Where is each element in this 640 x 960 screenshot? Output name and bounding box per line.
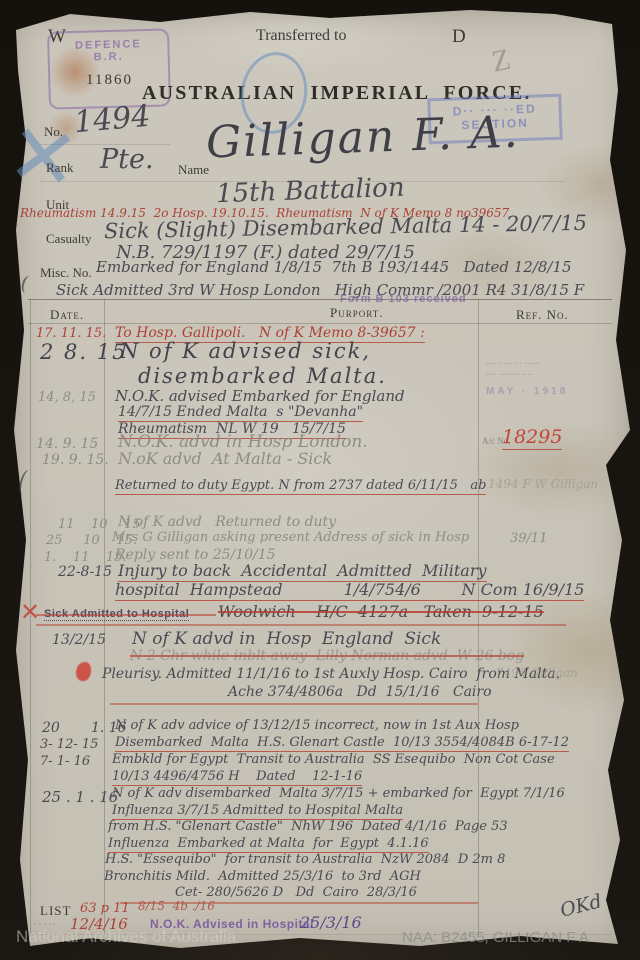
- name-value: Gilligan F. A.: [205, 107, 520, 169]
- list-number: 63 p 11: [80, 901, 130, 916]
- registry-number: 11860: [86, 72, 133, 89]
- list-extra: 8/15 4b ./16: [138, 899, 215, 913]
- row-text: N of K adv disembarked Malta 3/7/15 + em…: [112, 786, 565, 801]
- b103-received-stamp: Form B 103 received: [340, 293, 467, 305]
- nok-date: 25/3/16: [300, 913, 362, 932]
- col-header-date: Date.: [50, 307, 84, 323]
- extra-entry: Sick Admitted 3rd W Hosp London High Com…: [56, 281, 584, 299]
- row-date: 2 8. 15: [40, 340, 127, 364]
- archive-watermark-right: NAA: B2455, GILLIGAN F A: [402, 929, 589, 946]
- row-date: 3- 12- 15: [40, 737, 98, 752]
- row-date: 17. 11. 15.: [36, 326, 106, 341]
- col-header-ref: Ref. No.: [516, 307, 569, 323]
- row-text: Mrs G Gilligan asking present Address of…: [112, 530, 469, 545]
- row-date: 22-8-15: [58, 564, 112, 580]
- row-text: 14/7/15 Ended Malta s "Devanha": [118, 404, 363, 422]
- scanned-document-page: W Transferred to D Z DEFENCE B.R. 11860 …: [0, 0, 640, 960]
- red-underline: [110, 703, 478, 705]
- row-text: N of K adv advice of 13/12/15 incorrect,…: [115, 718, 519, 733]
- service-number: 1494: [73, 99, 152, 141]
- archive-watermark-left: National Archives of Australia: [16, 927, 236, 947]
- row-text: Returned to duty Egypt. N from 2737 date…: [115, 478, 486, 495]
- list-label: LIST: [40, 903, 71, 919]
- no-label: No.: [44, 124, 63, 140]
- ref-number: 18295: [502, 426, 562, 450]
- ref-pencil-note: 7496 Gilligan: [496, 666, 578, 680]
- transferred-to-label: Transferred to: [256, 27, 347, 45]
- header-rule: [28, 323, 612, 324]
- row-text: Injury to back Accidental Admitted Milit…: [118, 561, 487, 582]
- row-text: Ache 374/4806a Dd 15/1/16 Cairo: [228, 684, 492, 700]
- row-date: 13/2/15: [52, 632, 106, 648]
- table-top-rule: [28, 299, 612, 300]
- ref-stamp-line1: ······ ··· ··· ······: [486, 358, 568, 369]
- name-label: Name: [178, 162, 209, 178]
- row-text: N of K advised sick,: [120, 339, 371, 363]
- row-text-pencil: N 2 Chr while inblt away Lilly Norman ad…: [130, 648, 524, 664]
- row-date: 25 . 1 . 16: [42, 788, 118, 806]
- misc-no-label: Misc. No.: [40, 265, 92, 281]
- defence-stamp-line2: B.R.: [50, 49, 168, 64]
- red-strike-line: [36, 614, 216, 616]
- ref-stamp-line2: ···· ········ ····: [486, 369, 568, 380]
- row-date: 14, 8, 15: [38, 390, 96, 405]
- ref-number: 39/11: [510, 531, 547, 546]
- row-text: Disembarked Malta H.S. Glenart Castle 10…: [115, 735, 569, 752]
- row-date: 7- 1- 16: [40, 754, 90, 769]
- ref-stamp-line3: MAY · 1918: [486, 386, 568, 397]
- row-text: Influenza 3/7/15 Admitted to Hospital Ma…: [112, 803, 403, 820]
- row-text: Embkld for Egypt Transit to Australia SS…: [112, 752, 555, 767]
- row-text: H.S. "Essequibo" for transit to Australi…: [105, 852, 505, 867]
- casualty-label: Casualty: [46, 231, 92, 247]
- row-text: N.oK advd At Malta - Sick: [118, 449, 332, 468]
- row-text: hospital Hampstead 1/4/754/6 N Com 16/9/…: [115, 580, 584, 601]
- row-text: N of K advd in Hosp England Sick: [132, 629, 441, 649]
- corner-letter-d: D: [452, 26, 466, 48]
- row-text: N of K advd Returned to duty: [118, 514, 336, 530]
- row-text: from H.S. "Glenart Castle" NhW 196 Dated…: [108, 819, 508, 834]
- misc-entry: Embarked for England 1/8/15 7th B 193/14…: [96, 258, 572, 276]
- row-text: disembarked Malta.: [138, 364, 387, 388]
- row-date: 14. 9. 15: [36, 436, 98, 452]
- blue-cross-mark: ✕: [2, 104, 85, 211]
- row-text: Influenza Embarked at Malta for Egypt 4.…: [108, 836, 429, 853]
- rank-value: Pte.: [100, 144, 154, 175]
- row-text: N.O.K. advised Embarked for England: [115, 387, 405, 405]
- row-date: 20 1. 16: [42, 720, 127, 736]
- ref-pencil-note: 1494 F W Gilligan: [488, 477, 598, 491]
- rank-label: Rank: [46, 160, 73, 176]
- red-cross-mark: ✕: [20, 598, 40, 626]
- col-header-purport: Purport.: [330, 305, 383, 321]
- row-text: Pleurisy. Admitted 11/1/16 to 1st Auxly …: [102, 666, 560, 682]
- row-text: Bronchitis Mild. Admitted 25/3/16 to 3rd…: [104, 869, 421, 884]
- row-text: Cet- 280/5626 D Dd Cairo 28/3/16: [175, 885, 417, 900]
- ref-column-faint-stamp: ······ ··· ··· ······ ···· ········ ····…: [486, 358, 568, 397]
- row-text: 10/13 4496/4756 H Dated 12-1-16: [112, 769, 362, 786]
- red-underline: [36, 624, 566, 626]
- row-date: 19. 9. 15.: [42, 452, 109, 468]
- row-text: Woolwich H/C 4127a Taken 9-12-15: [218, 602, 544, 621]
